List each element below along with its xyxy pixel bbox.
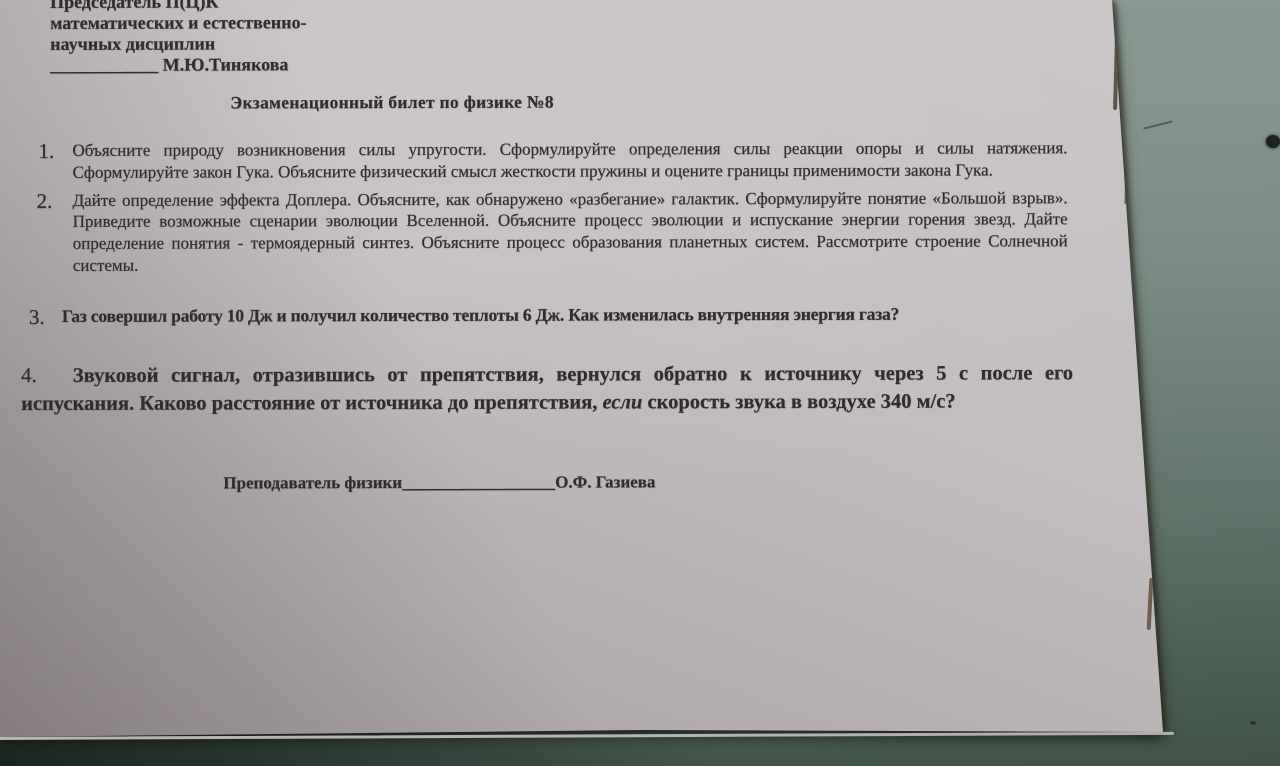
teacher-label: Преподаватель физики bbox=[223, 473, 402, 492]
question-4-text-after: скорость звука в воздухе 340 м/с? bbox=[642, 390, 955, 413]
photo-of-exam-paper: Председатель П(Ц)К математических и есте… bbox=[0, 0, 1280, 766]
question-2: 2. Дайте определение эффекта Доплера. Об… bbox=[36, 187, 1110, 277]
question-4-italic-word: если bbox=[602, 391, 642, 413]
teacher-signature-line: Преподаватель физики__________________О.… bbox=[223, 471, 1111, 493]
exam-title: Экзаменационный билет по физике №8 bbox=[230, 90, 1110, 113]
question-3-number: 3. bbox=[29, 306, 62, 328]
question-2-text: Дайте определение эффекта Доплера. Объяс… bbox=[72, 187, 1067, 277]
header-signature-line: ____________ М.Ю.Тинякова bbox=[50, 52, 1110, 76]
teacher-name: О.Ф. Газиева bbox=[555, 472, 655, 491]
paper-edge-streak bbox=[1124, 160, 1128, 204]
exam-document: Председатель П(Ц)К математических и есте… bbox=[0, 0, 1111, 494]
paper-edge-streak bbox=[1113, 38, 1119, 110]
question-2-number: 2. bbox=[36, 189, 72, 276]
signature-blank: __________________ bbox=[402, 472, 555, 491]
paper-sheet: Председатель П(Ц)К математических и есте… bbox=[0, 0, 1280, 766]
question-1: 1. Объясните природу возникновения силы … bbox=[38, 137, 1110, 183]
committee-header: Председатель П(Ц)К математических и есте… bbox=[50, 0, 1110, 76]
paper-surface: Председатель П(Ц)К математических и есте… bbox=[0, 0, 1280, 766]
question-1-number: 1. bbox=[38, 140, 72, 184]
question-3-text: Газ совершил работу 10 Дж и получил коли… bbox=[62, 303, 1057, 328]
question-3: 3. Газ совершил работу 10 Дж и получил к… bbox=[29, 303, 1111, 328]
question-1-text: Объясните природу возникновения силы упр… bbox=[72, 137, 1067, 183]
header-line-3: научных дисциплин bbox=[50, 31, 1110, 55]
question-4-number: 4. bbox=[21, 363, 37, 387]
header-line-2: математических и естественно- bbox=[50, 10, 1110, 34]
paper-edge-streak bbox=[1147, 578, 1154, 630]
question-4: 4.Звуковой сигнал, отразившись от препят… bbox=[21, 358, 1073, 418]
